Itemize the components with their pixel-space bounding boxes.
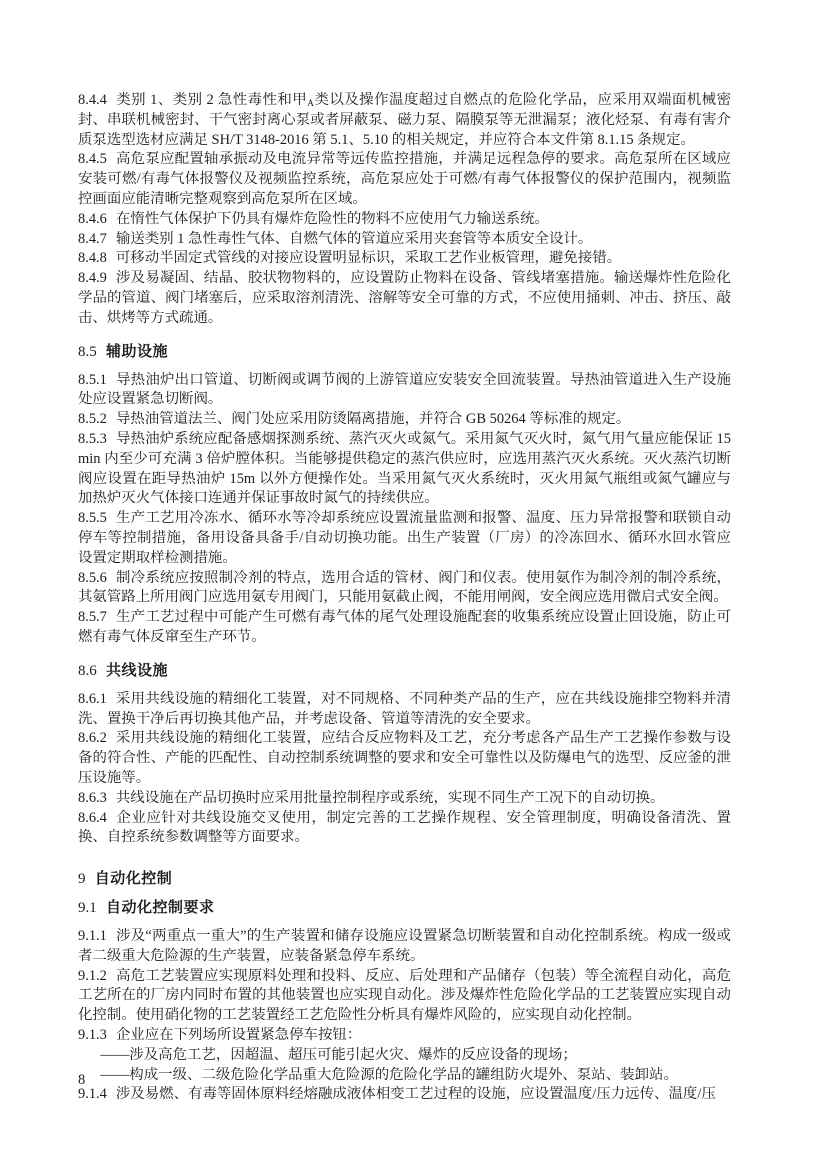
clause-paragraph: 8.4.5高危泵应配置轴承振动及电流异常等远传监控措施，并满足远程急停的要求。高… xyxy=(78,150,731,209)
document-body: 8.4.4类别 1、类别 2 急性毒性和甲A类以及操作温度超过自燃点的危险化学品… xyxy=(78,91,731,1105)
clause-text: 涉及易燃、有毒等固体原料经熔融成液体相变工艺过程的设施，应设置温度/压力远传、温… xyxy=(116,1086,716,1102)
clause-paragraph: 8.6.4企业应针对共线设施交叉使用，制定完善的工艺操作规程、安全管理制度，明确… xyxy=(78,809,731,849)
section-heading: 9.1自动化控制要求 xyxy=(78,898,731,918)
clause-paragraph: 8.6.1采用共线设施的精细化工装置，对不同规格、不同种类产品的生产，应在共线设… xyxy=(78,690,731,730)
clause-paragraph: 8.6.3共线设施在产品切换时应采用批量控制程序或系统，实现不同生产工况下的自动… xyxy=(78,789,731,809)
clause-paragraph: 8.5.1导热油炉出口管道、切断阀或调节阀的上游管道应安装安全回流装置。导热油管… xyxy=(78,371,731,411)
clause-number: 8.4.4 xyxy=(78,92,116,108)
section-number: 9.1 xyxy=(78,900,106,916)
clause-text: 共线设施在产品切换时应采用批量控制程序或系统，实现不同生产工况下的自动切换。 xyxy=(116,790,665,806)
section-number: 9 xyxy=(78,871,95,887)
dash-list-item: ——构成一级、二级危险化学品重大危险源的危险化学品的罐组防火堤外、泵站、装卸站。 xyxy=(78,1066,731,1086)
page-number: 8 xyxy=(78,1071,85,1090)
clause-text: 输送类别 1 急性毒性气体、自燃气体的管道应采用夹套管等本质安全设计。 xyxy=(116,231,592,247)
clause-text: 采用共线设施的精细化工装置，对不同规格、不同种类产品的生产，应在共线设施排空物料… xyxy=(78,691,731,727)
clause-number: 8.5.2 xyxy=(78,411,116,427)
dash-list-item: ——涉及高危工艺，因超温、超压可能引起火灾、爆炸的反应设备的现场； xyxy=(78,1046,731,1066)
section-title: 辅助设施 xyxy=(106,343,168,360)
document-page: 8.4.4类别 1、类别 2 急性毒性和甲A类以及操作温度超过自燃点的危险化学品… xyxy=(0,0,827,1170)
clause-text: 企业应在下列场所设置紧急停车按钮： xyxy=(116,1027,361,1043)
clause-text: 企业应针对共线设施交叉使用，制定完善的工艺操作规程、安全管理制度，明确设备清洗、… xyxy=(78,810,731,846)
section-title: 共线设施 xyxy=(106,662,168,679)
clause-number: 8.5.3 xyxy=(78,431,116,447)
clause-number: 8.5.1 xyxy=(78,372,116,388)
section-number: 8.6 xyxy=(78,663,106,679)
clause-text: 可移动半固定式管线的对接应设置明显标识，采取工艺作业板管理，避免接错。 xyxy=(116,250,621,266)
section-heading: 9自动化控制 xyxy=(78,869,731,889)
clause-text: 制冷系统应按照制冷剂的特点，选用合适的管材、阀门和仪表。使用氨作为制冷剂的制冷系… xyxy=(78,570,731,606)
clause-paragraph: 8.4.8可移动半固定式管线的对接应设置明显标识，采取工艺作业板管理，避免接错。 xyxy=(78,249,731,269)
clause-number: 8.6.3 xyxy=(78,790,116,806)
clause-number: 8.6.4 xyxy=(78,810,116,826)
clause-paragraph: 9.1.3企业应在下列场所设置紧急停车按钮： xyxy=(78,1026,731,1046)
clause-paragraph: 8.5.2导热油管道法兰、阀门处应采用防烫隔离措施，并符合 GB 50264 等… xyxy=(78,410,731,430)
clause-number: 9.1.3 xyxy=(78,1027,116,1043)
clause-number: 8.6.1 xyxy=(78,691,116,707)
section-title: 自动化控制 xyxy=(95,870,173,887)
clause-number: 8.4.7 xyxy=(78,231,116,247)
clause-text: 高危泵应配置轴承振动及电流异常等远传监控措施，并满足远程急停的要求。高危泵所在区… xyxy=(78,151,731,207)
clause-number: 8.5.6 xyxy=(78,570,116,586)
clause-number: 9.1.1 xyxy=(78,928,116,944)
section-heading: 8.6共线设施 xyxy=(78,661,731,681)
clause-number: 8.4.5 xyxy=(78,151,116,167)
clause-paragraph: 8.5.7生产工艺过程中可能产生可燃有毒气体的尾气处理设施配套的收集系统应设置止… xyxy=(78,608,731,648)
clause-paragraph: 8.4.6在惰性气体保护下仍具有爆炸危险性的物料不应使用气力输送系统。 xyxy=(78,210,731,230)
clause-paragraph: 9.1.2高危工艺装置应实现原料处理和投料、反应、后处理和产品储存（包装）等全流… xyxy=(78,967,731,1026)
clause-paragraph: 8.4.9涉及易凝固、结晶、胶状物物料的，应设置防止物料在设备、管线堵塞措施。输… xyxy=(78,269,731,328)
clause-text: 导热油炉系统应配备感烟探测系统、蒸汽灭火或氮气。采用氮气灭火时，氮气用气量应能保… xyxy=(78,431,731,506)
clause-number: 8.5.7 xyxy=(78,609,116,625)
clause-paragraph: 9.1.1涉及“两重点一重大”的生产装置和储存设施应设置紧急切断装置和自动化控制… xyxy=(78,927,731,967)
clause-number: 8.6.2 xyxy=(78,730,116,746)
clause-paragraph: 8.4.7输送类别 1 急性毒性气体、自燃气体的管道应采用夹套管等本质安全设计。 xyxy=(78,230,731,250)
clause-paragraph: 8.5.5生产工艺用冷冻水、循环水等冷却系统应设置流量监测和报警、温度、压力异常… xyxy=(78,509,731,568)
section-number: 8.5 xyxy=(78,344,106,360)
clause-number: 9.1.2 xyxy=(78,968,116,984)
clause-text: 生产工艺用冷冻水、循环水等冷却系统应设置流量监测和报警、温度、压力异常报警和联锁… xyxy=(78,510,731,566)
clause-paragraph: 8.5.3导热油炉系统应配备感烟探测系统、蒸汽灭火或氮气。采用氮气灭火时，氮气用… xyxy=(78,430,731,509)
clause-text: 涉及易凝固、结晶、胶状物物料的，应设置防止物料在设备、管线堵塞措施。输送爆炸性危… xyxy=(78,270,731,326)
clause-number: 8.4.6 xyxy=(78,211,116,227)
clause-paragraph: 9.1.4涉及易燃、有毒等固体原料经熔融成液体相变工艺过程的设施，应设置温度/压… xyxy=(78,1085,731,1105)
clause-number: 8.5.5 xyxy=(78,510,116,526)
section-title: 自动化控制要求 xyxy=(106,899,215,916)
clause-text: 高危工艺装置应实现原料处理和投料、反应、后处理和产品储存（包装）等全流程自动化，… xyxy=(78,968,731,1024)
clause-text: 涉及“两重点一重大”的生产装置和储存设施应设置紧急切断装置和自动化控制系统。构成… xyxy=(78,928,731,964)
clause-text: 类别 1、类别 2 急性毒性和甲 xyxy=(116,92,307,108)
clause-text: 采用共线设施的精细化工装置，应结合反应物料及工艺，充分考虑各产品生产工艺操作参数… xyxy=(78,730,731,786)
clause-text: 导热油管道法兰、阀门处应采用防烫隔离措施，并符合 GB 50264 等标准的规定… xyxy=(116,411,631,427)
section-heading: 8.5辅助设施 xyxy=(78,342,731,362)
clause-text: 导热油炉出口管道、切断阀或调节阀的上游管道应安装安全回流装置。导热油管道进入生产… xyxy=(78,372,731,408)
clause-paragraph: 8.6.2采用共线设施的精细化工装置，应结合反应物料及工艺，充分考虑各产品生产工… xyxy=(78,729,731,788)
clause-paragraph: 8.5.6制冷系统应按照制冷剂的特点，选用合适的管材、阀门和仪表。使用氨作为制冷… xyxy=(78,569,731,609)
clause-text: 在惰性气体保护下仍具有爆炸危险性的物料不应使用气力输送系统。 xyxy=(116,211,549,227)
clause-number: 8.4.9 xyxy=(78,270,116,286)
clause-text: 生产工艺过程中可能产生可燃有毒气体的尾气处理设施配套的收集系统应设置止回设施，防… xyxy=(78,609,731,645)
clause-number: 8.4.8 xyxy=(78,250,116,266)
clause-paragraph: 8.4.4类别 1、类别 2 急性毒性和甲A类以及操作温度超过自燃点的危险化学品… xyxy=(78,91,731,150)
